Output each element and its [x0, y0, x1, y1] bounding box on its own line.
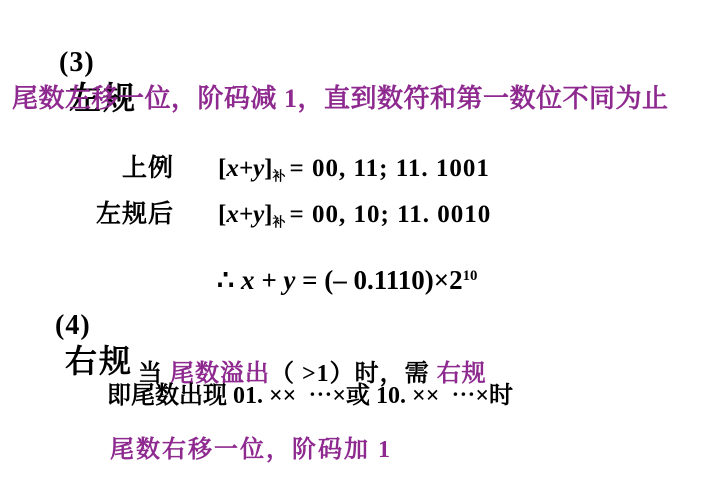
complement-subscript: 补: [273, 215, 286, 230]
heading-4-number: (4): [55, 310, 91, 341]
formula-after: [x+y]补= 00, 10; 11. 0010: [218, 201, 491, 228]
conclusion-formula: ∴ x + y = (– 0.1110)×210: [190, 234, 477, 327]
heading-3-number: (3): [59, 47, 95, 78]
complement-subscript: 补: [273, 169, 286, 184]
right-normalize-rule-text: 尾数右移一位，阶码加 1: [110, 437, 392, 465]
formula-rhs: = 00, 10; 11. 0010: [290, 201, 492, 228]
bracket-close: ]: [264, 155, 272, 182]
left-normalize-rule-text: 尾数左移一位，阶码减 1，直到数符和第一数位不同为止: [12, 84, 669, 114]
conclusion-rhs: = (– 0.1110)×2: [302, 265, 463, 295]
formula-vars: x+y: [226, 155, 264, 182]
exponent: 10: [463, 268, 478, 284]
formula-rhs: = 00, 11; 11. 1001: [290, 155, 490, 182]
conclusion-lhs: x + y: [241, 265, 302, 295]
heading-left-normalize: (3) 左规: [30, 13, 137, 150]
therefore-symbol: ∴: [217, 265, 241, 295]
formula-vars: x+y: [226, 201, 264, 228]
slide-canvas: (3) 左规 尾数左移一位，阶码减 1，直到数符和第一数位不同为止 上例[x+y…: [0, 0, 707, 482]
example-label-before: 上例: [16, 155, 174, 184]
formula-before: [x+y]补= 00, 11; 11. 1001: [218, 155, 490, 182]
bracket-close: ]: [264, 201, 272, 228]
mantissa-pattern-line: 即尾数出现 01. ×× ⋯×或 10. ×× ⋯×时: [107, 383, 513, 411]
example-label-after: 左规后: [16, 201, 174, 230]
